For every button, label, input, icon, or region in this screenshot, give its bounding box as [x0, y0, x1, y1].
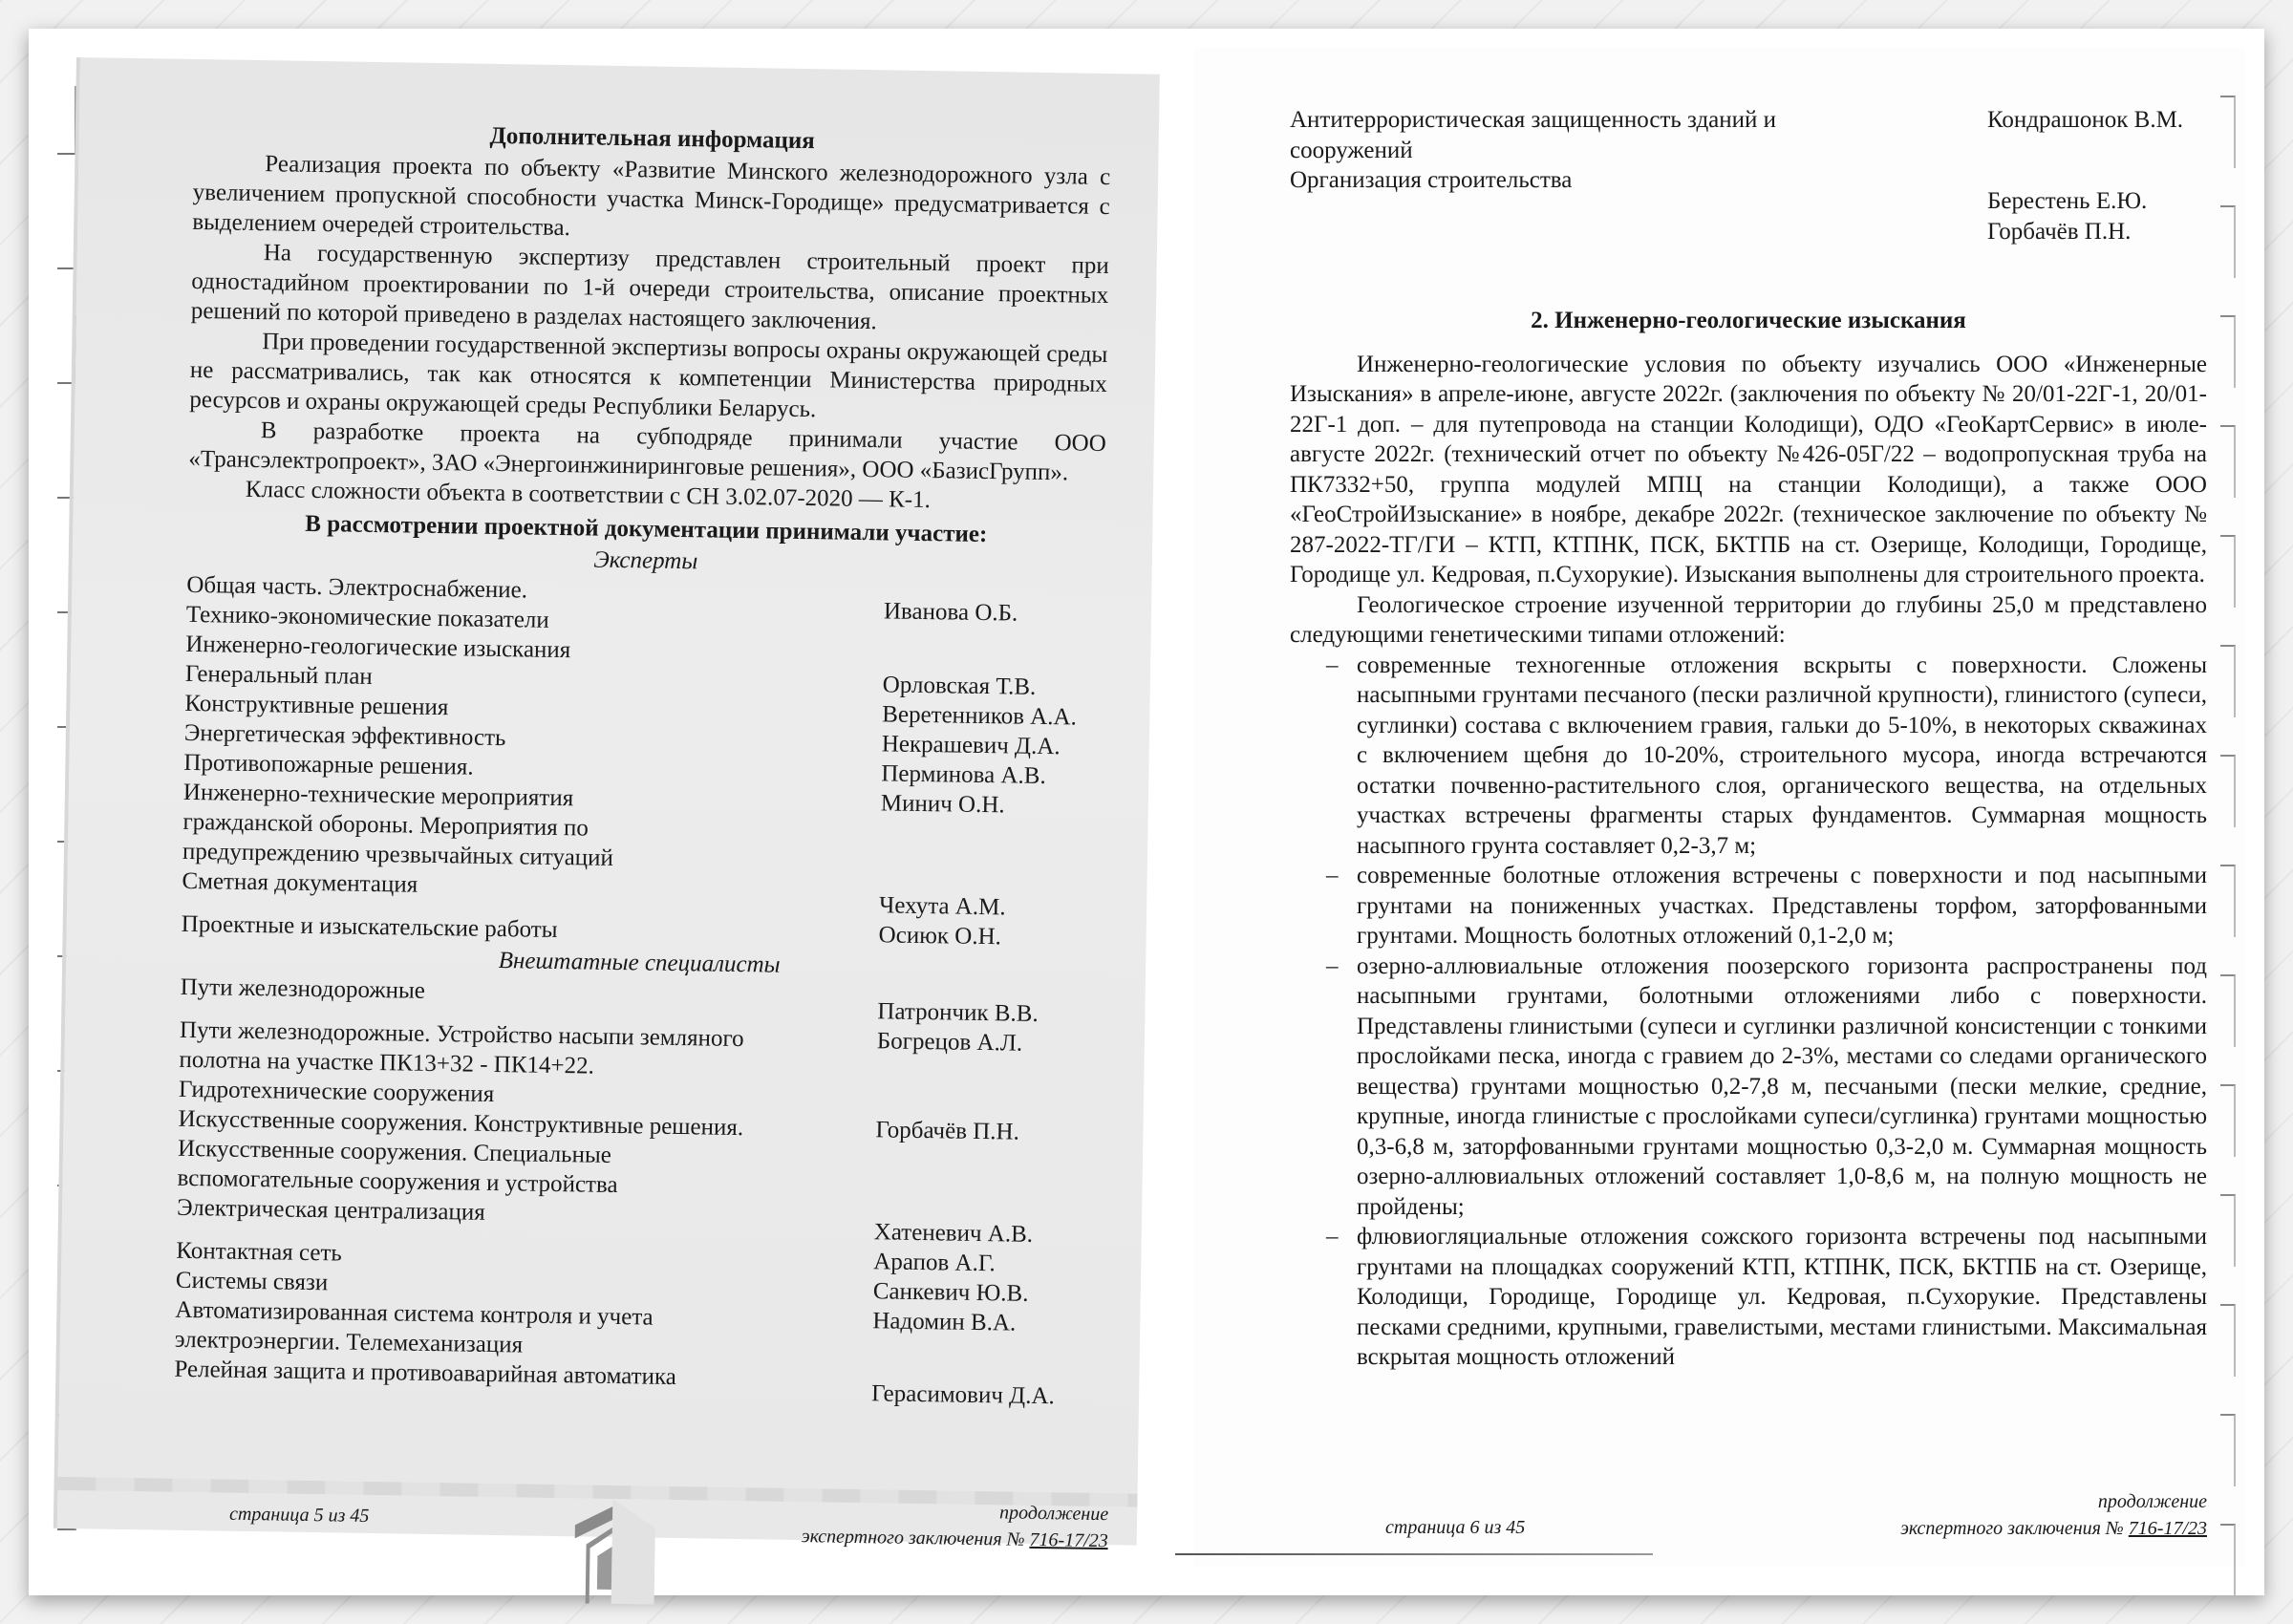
- expert-name: Чехута А.М.: [879, 877, 1100, 924]
- expert-name: Осиюк О.Н.: [878, 920, 1098, 953]
- expert-name: Кондрашонок В.М.: [1987, 105, 2207, 136]
- expert-row: Антитеррористическая защищенность зданий…: [1290, 105, 2207, 165]
- page-5: Дополнительная информация Реализация про…: [54, 57, 1160, 1546]
- freelancer-name: Санкевич Ю.В.: [873, 1276, 1093, 1310]
- freelancer-name: Арапов А.Г.: [873, 1247, 1093, 1280]
- footer-conclusion-right: продолжение экспертного заключения № 716…: [1729, 1488, 2207, 1542]
- list-item: современные болотные отложения встречены…: [1290, 861, 2207, 951]
- conclusion-number: 716-17/23: [1029, 1529, 1108, 1551]
- list-item: флювиогляциальные отложения сожского гор…: [1290, 1222, 2207, 1373]
- page-6-content: Антитеррористическая защищенность зданий…: [1290, 105, 2207, 1373]
- binding-marks-right: [2211, 96, 2236, 1567]
- page-edge-line: [1175, 1553, 1653, 1555]
- expert-name: Минич О.Н.: [881, 788, 1101, 822]
- expert-row: Горбачёв П.Н.: [1290, 217, 2207, 247]
- expert-name: Берестень Е.Ю.: [1987, 165, 2207, 217]
- page-number-left: страница 5 из 45: [229, 1501, 370, 1529]
- freelancer-name: Горбачёв П.Н.: [875, 1115, 1095, 1148]
- freelancer-area: Искусственные сооружения. Специальные вс…: [177, 1134, 694, 1201]
- conclusion-prefix: экспертного заключения №: [802, 1526, 1025, 1550]
- conclusion-number: 716-17/23: [2129, 1518, 2207, 1539]
- paragraph: Реализация проекта по объекту «Развитие …: [192, 148, 1110, 251]
- paragraph: Геологическое строение изученной террито…: [1290, 590, 2207, 651]
- paragraph: На государственную экспертизу представле…: [191, 237, 1109, 340]
- expert-name: Перминова А.В.: [881, 759, 1101, 792]
- section-heading: 2. Инженерно-геологические изыскания: [1290, 306, 2207, 336]
- expert-row: Организация строительства Берестень Е.Ю.: [1290, 165, 2207, 217]
- freelancer-area: Пути железнодорожные. Устройство насыпи …: [179, 1015, 810, 1084]
- page-5-content: Дополнительная информация Реализация про…: [174, 117, 1111, 1412]
- paragraph: При проведении государственной экспертиз…: [189, 326, 1107, 429]
- list-item: озерно-аллювиальные отложения поозерског…: [1290, 951, 2207, 1223]
- expert-name: Некрашевич Д.А.: [882, 729, 1102, 762]
- expert-name: Веретенников А.А.: [882, 699, 1102, 733]
- expert-area: Инженерно-технические мероприятия гражда…: [182, 778, 661, 874]
- freelancer-name: Богрецов А.Л.: [877, 1026, 1097, 1059]
- expert-area: Антитеррористическая защищенность зданий…: [1290, 105, 1844, 165]
- freelancer-area: Автоматизированная система контроля и уч…: [175, 1295, 711, 1363]
- organization-logo-icon: [568, 1498, 656, 1604]
- deposit-types-list: современные техногенные отложения вскрыт…: [1290, 651, 2207, 1373]
- continuation-label: продолжение: [1729, 1488, 2207, 1515]
- freelancer-name: Герасимович Д.А.: [871, 1365, 1092, 1412]
- paragraph: Инженерно-геологические условия по объек…: [1290, 350, 2207, 590]
- page-number-right: страница 6 из 45: [1385, 1514, 1525, 1541]
- expert-name: Горбачёв П.Н.: [1987, 217, 2207, 247]
- document-spread: Дополнительная информация Реализация про…: [29, 29, 2264, 1595]
- freelancer-name: Хатеневич А.В.: [874, 1204, 1095, 1250]
- freelancer-name: Надомин В.А.: [872, 1306, 1092, 1339]
- expert-area: Организация строительства: [1290, 165, 1959, 196]
- list-item: современные техногенные отложения вскрыт…: [1290, 651, 2207, 862]
- expert-name: Орловская Т.В.: [883, 670, 1103, 703]
- expert-name: Иванова О.Б.: [884, 581, 1104, 630]
- conclusion-prefix: экспертного заключения №: [1900, 1518, 2124, 1539]
- freelancer-name: Патрончик В.В.: [877, 983, 1098, 1030]
- page-6: Антитеррористическая защищенность зданий…: [1194, 48, 2245, 1567]
- footer-conclusion-left: продолжение экспертного заключения № 716…: [678, 1494, 1109, 1554]
- expert-row: Инженерно-технические мероприятия гражда…: [182, 778, 1101, 881]
